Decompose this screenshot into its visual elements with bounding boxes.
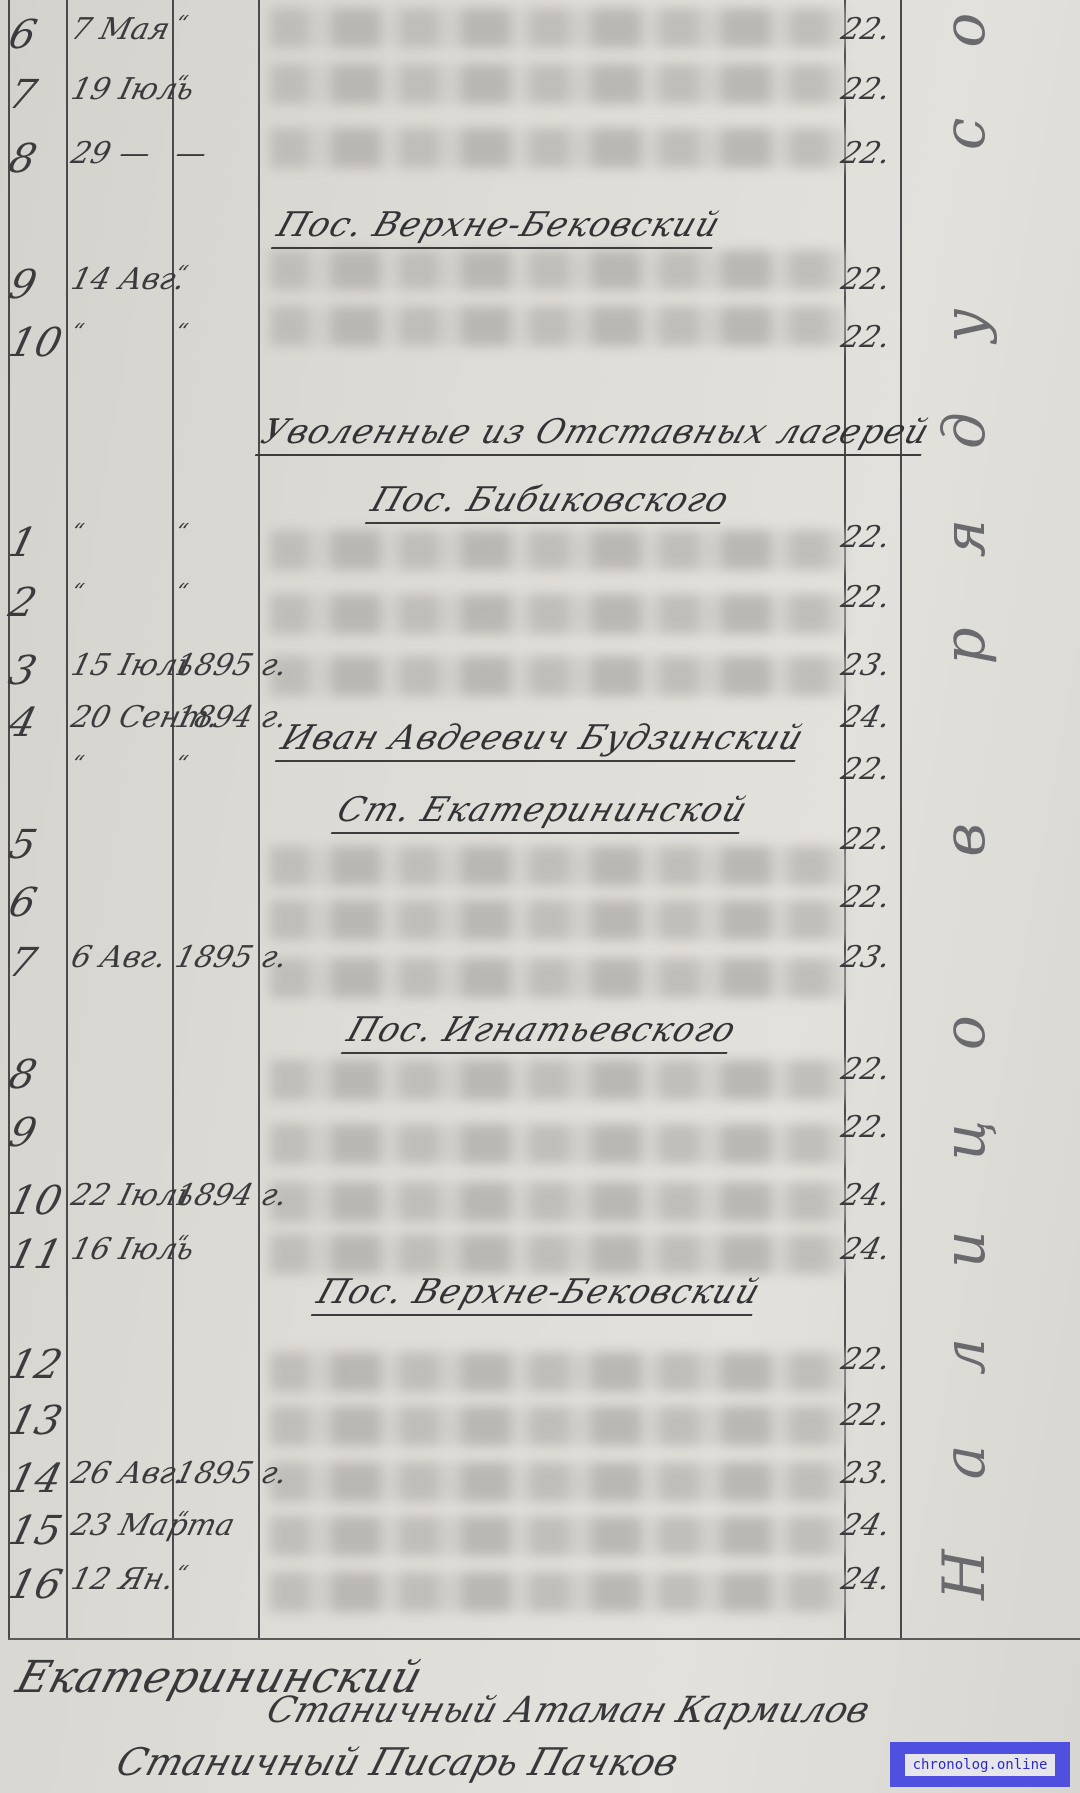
section-heading: Пос. Игнатьевского xyxy=(341,1010,742,1054)
row-year: 1895 г. xyxy=(172,1456,291,1491)
section-heading: Уволенные из Отставных лагерей xyxy=(255,412,935,456)
row-number: 12 xyxy=(4,1342,66,1388)
row-date: “ xyxy=(69,580,86,605)
column-rule-6 xyxy=(900,0,902,1640)
row-age: 22. xyxy=(838,822,894,857)
section-heading: Иван Авдеевич Будзинский xyxy=(275,718,809,762)
row-year: 1894 г. xyxy=(172,1178,291,1213)
row-year: 1895 г. xyxy=(172,940,291,975)
redacted-name-row xyxy=(270,1124,845,1164)
row-number: 13 xyxy=(4,1398,66,1444)
row-age: 24. xyxy=(838,1562,894,1597)
row-number: 8 xyxy=(4,136,41,182)
row-age: 22. xyxy=(838,12,894,47)
redacted-name-row xyxy=(270,1462,845,1502)
redacted-name-row xyxy=(270,1234,845,1274)
row-age: 22. xyxy=(838,1052,894,1087)
row-year: “ xyxy=(173,752,190,777)
row-age: 22. xyxy=(838,1110,894,1145)
row-year: “ xyxy=(173,320,190,345)
row-age: 23. xyxy=(838,1456,894,1491)
row-age: 22. xyxy=(838,320,894,355)
row-age: 22. xyxy=(838,262,894,297)
section-heading: Пос. Верхне-Бековский xyxy=(311,1272,766,1316)
row-age: 22. xyxy=(838,752,894,787)
redacted-name-row xyxy=(270,846,845,886)
row-year: “ xyxy=(173,580,190,605)
row-date: “ xyxy=(69,520,86,545)
row-age: 23. xyxy=(838,940,894,975)
redacted-name-row xyxy=(270,656,845,696)
row-year: “ xyxy=(173,520,190,545)
row-age: 22. xyxy=(838,136,894,171)
row-date: “ xyxy=(69,320,86,345)
column-rule-3 xyxy=(172,0,174,1640)
row-date: 29 — xyxy=(68,136,154,171)
row-age: 23. xyxy=(838,648,894,683)
row-number: 1 xyxy=(4,520,41,566)
document-page: 67 Мая“22.719 Iюль“22.829 ——22.914 Авг.“… xyxy=(0,0,1080,1793)
row-number: 9 xyxy=(4,1110,41,1156)
row-year: — xyxy=(172,136,211,171)
redacted-name-row xyxy=(270,1572,845,1612)
row-date: 14 Авг. xyxy=(68,262,189,297)
column-rule-1 xyxy=(8,0,10,1640)
table-bottom-rule xyxy=(8,1638,1080,1640)
row-number: 10 xyxy=(4,1178,66,1224)
row-number: 11 xyxy=(4,1232,66,1278)
redacted-name-row xyxy=(270,250,845,290)
redacted-name-row xyxy=(270,1406,845,1446)
row-year: 1894 г. xyxy=(172,700,291,735)
row-age: 22. xyxy=(838,520,894,555)
row-number: 9 xyxy=(4,262,41,308)
column-rule-5 xyxy=(844,0,846,1640)
redacted-name-row xyxy=(270,1516,845,1556)
signature-clerk: Станичный Писарь Пачков xyxy=(112,1740,684,1784)
column-rule-2 xyxy=(66,0,68,1640)
row-date: 12 Ян. xyxy=(68,1562,178,1597)
row-number: 14 xyxy=(4,1456,66,1502)
redacted-name-row xyxy=(270,128,845,168)
row-age: 22. xyxy=(838,1398,894,1433)
row-date: 7 Мая xyxy=(68,12,174,47)
row-date: “ xyxy=(69,752,86,777)
redacted-name-row xyxy=(270,958,845,998)
row-number: 16 xyxy=(4,1562,66,1608)
row-number: 8 xyxy=(4,1052,41,1098)
row-number: 4 xyxy=(4,700,41,746)
row-number: 6 xyxy=(4,12,41,58)
redacted-name-row xyxy=(270,64,845,104)
row-number: 2 xyxy=(4,580,41,626)
section-heading: Ст. Екатерининской xyxy=(331,790,753,834)
redacted-name-row xyxy=(270,8,845,48)
redacted-name-row xyxy=(270,1182,845,1222)
row-age: 22. xyxy=(838,72,894,107)
row-number: 7 xyxy=(4,72,41,118)
watermark-text: chronolog.online xyxy=(905,1754,1056,1776)
redacted-name-row xyxy=(270,306,845,346)
row-number: 10 xyxy=(4,320,66,366)
watermark-badge: chronolog.online xyxy=(890,1742,1070,1787)
row-age: 24. xyxy=(838,1178,894,1213)
row-date: 26 Авг. xyxy=(68,1456,189,1491)
row-number: 6 xyxy=(4,880,41,926)
redacted-name-row xyxy=(270,900,845,940)
column-rule-4 xyxy=(258,0,260,1640)
row-date: 23 Марта xyxy=(68,1508,239,1543)
redacted-name-row xyxy=(270,1352,845,1392)
row-date: 6 Авг. xyxy=(68,940,170,975)
row-year: 1895 г. xyxy=(172,648,291,683)
row-age: 24. xyxy=(838,1232,894,1267)
redacted-name-row xyxy=(270,594,845,634)
signature-ataman: Станичный Атаман Кармилов xyxy=(262,1690,874,1731)
margin-note: Налицо в ряду сотни xyxy=(930,100,998,1600)
row-age: 24. xyxy=(838,700,894,735)
row-number: 7 xyxy=(4,940,41,986)
section-heading: Пос. Верхне-Бековский xyxy=(271,205,726,249)
row-number: 3 xyxy=(4,648,41,694)
section-heading: Пос. Бибиковского xyxy=(365,480,735,524)
redacted-name-row xyxy=(270,530,845,570)
row-number: 15 xyxy=(4,1508,66,1554)
row-age: 22. xyxy=(838,1342,894,1377)
row-age: 22. xyxy=(838,880,894,915)
row-age: 24. xyxy=(838,1508,894,1543)
row-year: “ xyxy=(173,12,190,37)
row-age: 22. xyxy=(838,580,894,615)
redacted-name-row xyxy=(270,1060,845,1100)
row-number: 5 xyxy=(4,822,41,868)
